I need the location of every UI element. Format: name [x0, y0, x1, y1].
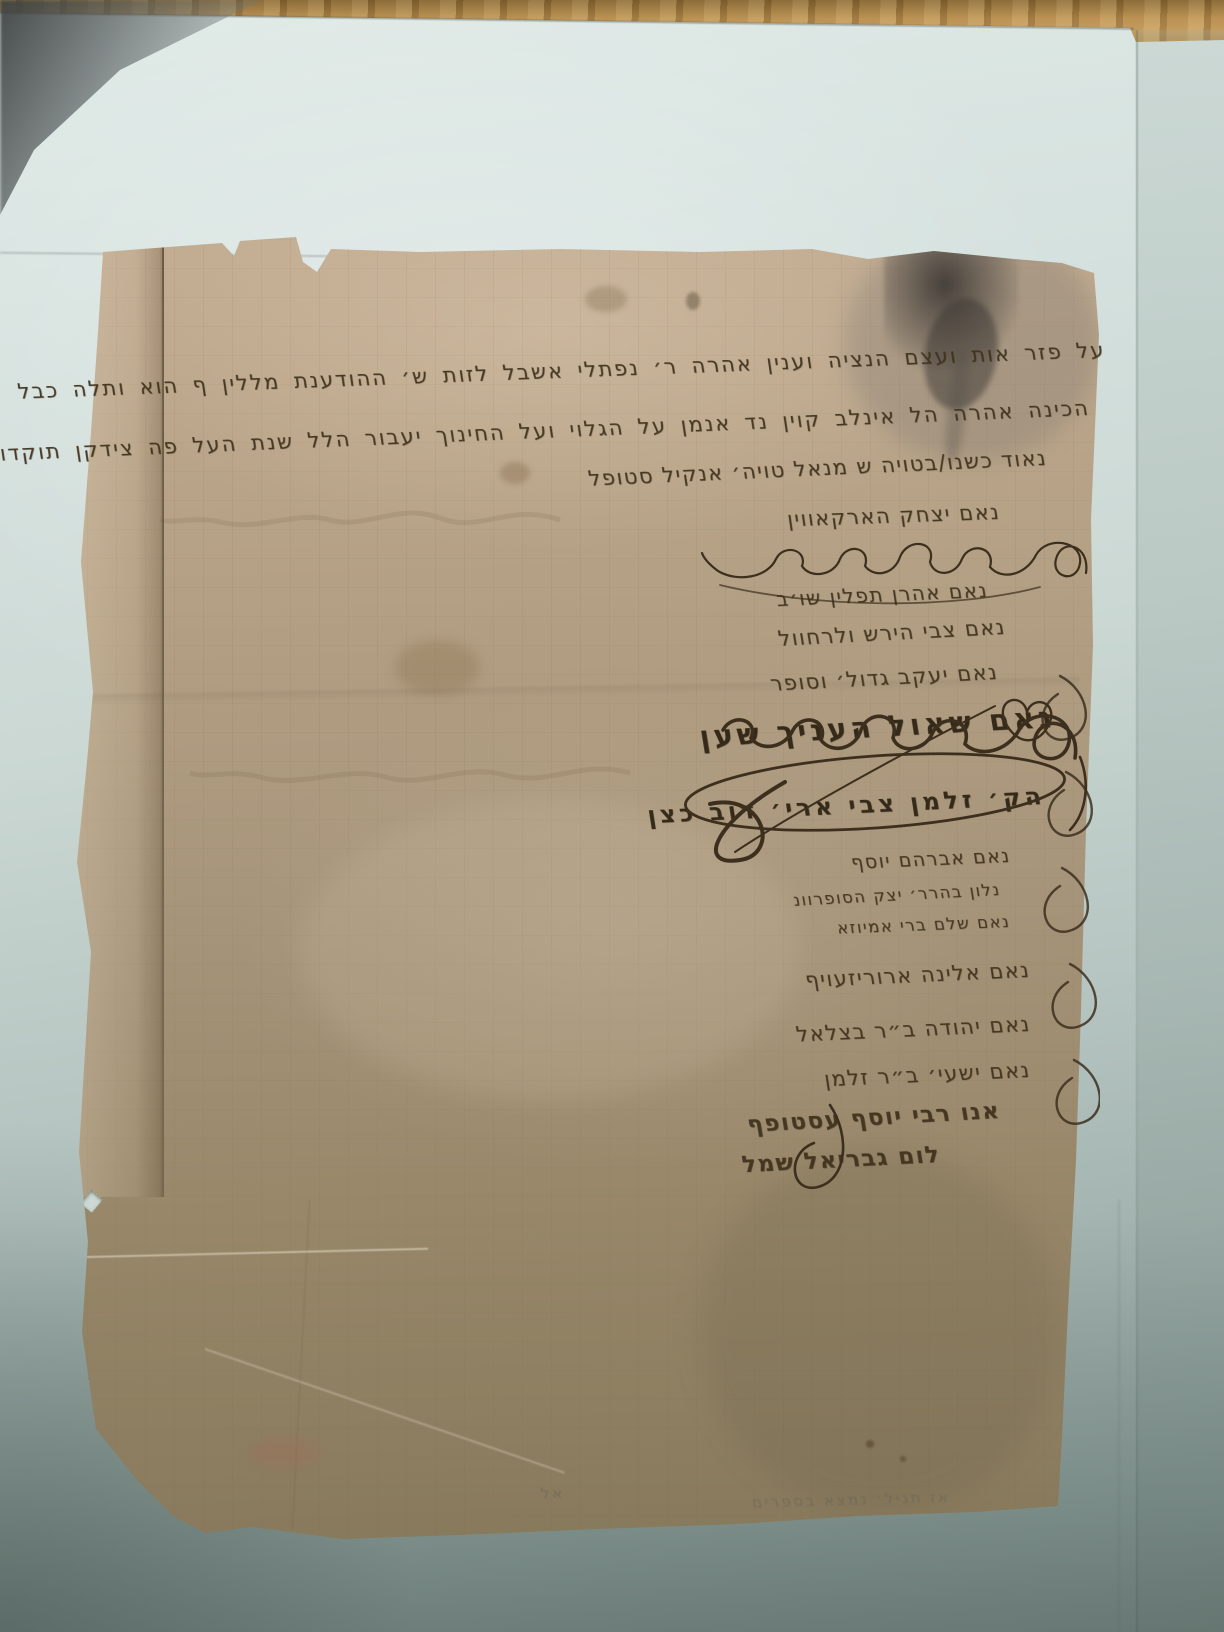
photo-frame: על פזר אות ועצם הנציה וענין אהרה ר׳ נפתל…	[0, 0, 1224, 1632]
final-letter-loop	[770, 1095, 860, 1205]
stain	[585, 286, 627, 312]
pencil-mark: אל	[540, 1484, 566, 1503]
bleed-through-marks	[180, 745, 640, 805]
stain	[395, 640, 480, 695]
horizontal-crease-line	[78, 1248, 428, 1259]
dark-patch	[700, 1150, 1060, 1510]
diagonal-crease-line	[205, 1348, 565, 1474]
bleed-through-marks	[150, 490, 570, 550]
speck	[900, 1456, 906, 1462]
signature-loop-chain	[990, 668, 1100, 1148]
speck	[866, 1440, 874, 1448]
flourish-signature-1	[690, 515, 1090, 620]
vertical-crease-line-2	[291, 1200, 310, 1530]
stain	[500, 462, 530, 484]
red-stain	[248, 1438, 320, 1468]
ink-spot	[686, 292, 700, 310]
